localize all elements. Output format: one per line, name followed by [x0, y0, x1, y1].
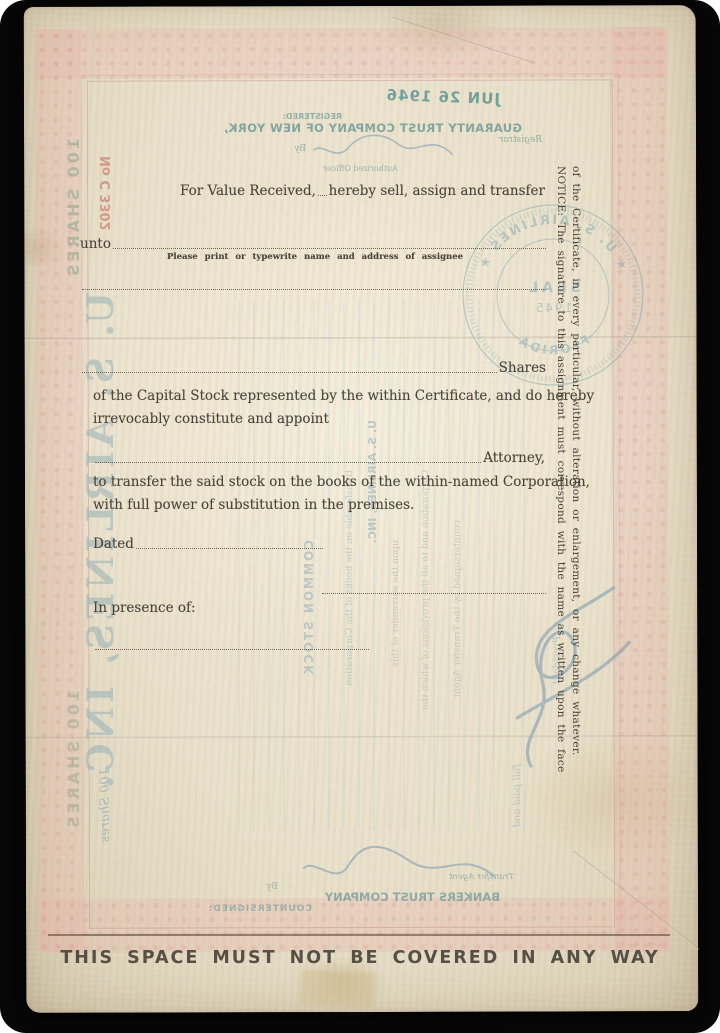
footer-warning: THIS SPACE MUST NOT BE COVERED IN ANY WA… [0, 948, 720, 968]
fill-in-blank [82, 289, 546, 290]
bleed-certificate-number: No C 3302 [99, 156, 117, 226]
bleed-shares-banner-bottom: 100 SHARES [64, 690, 86, 910]
presence-label: In presence of: [93, 600, 196, 616]
witness-blank-line [93, 637, 371, 653]
transfer-agent-company: BANKERS TRUST COMPANY [325, 890, 500, 904]
bleed-company-name-small: U. S. AIRLINES, INC. [366, 420, 382, 570]
bleed-border-top [35, 27, 667, 79]
scanned-certificate-back: JUN 26 1946 REGISTERED: GUARANTY TRUST C… [0, 0, 720, 1033]
bleed-legal-fragment: countersigned by the Transfer Agent [452, 520, 464, 780]
bleed-legal-fragment: transferable on the books of the Corpora… [344, 470, 356, 770]
body-line2: irrevocably constitute and appoint [93, 411, 329, 427]
bleed-shares-script: 100 Shares [98, 768, 120, 858]
share-count-blank [82, 372, 497, 373]
fill-in-blank [322, 593, 546, 594]
authorized-officer-label: Authorized Officer [323, 164, 398, 173]
footer-rule [48, 934, 670, 936]
countersigned-label: COUNTERSIGNED: [208, 904, 312, 914]
date-blank [136, 548, 323, 549]
body-line4: with full power of substitution in the p… [93, 497, 414, 513]
unto-line: unto [80, 236, 548, 252]
value-received-prefix: For Value Received, [180, 183, 316, 199]
notice-line1: NOTICE: The signature to this assignment… [554, 166, 567, 660]
unto-label: unto [80, 236, 111, 252]
bleed-countersign-block: Transfer Agent By BANKERS TRUST COMPANY … [230, 842, 560, 922]
bleed-legal-fragment: Corporation and to all the provisions of… [420, 470, 432, 770]
date-stamp: JUN 26 1946 [385, 86, 500, 108]
value-received-line: For Value Received, hereby sell, assign … [180, 183, 545, 199]
bleed-shares-banner-top: 100 SHARES [64, 138, 86, 383]
notice-line2: of the Certificate, in every particular,… [569, 166, 582, 660]
signature-blank-line [320, 581, 548, 597]
registrar-title: Registrar [499, 135, 542, 145]
shares-line: Shares [80, 360, 546, 376]
assignee-address-blank-line [80, 277, 548, 293]
dated-label: Dated [93, 536, 134, 552]
assignee-name-blank [113, 248, 546, 249]
attorney-label: Attorney, [483, 450, 545, 466]
shares-label: Shares [499, 360, 546, 376]
countersign-by-label: By [266, 882, 278, 892]
dated-line: Dated [93, 536, 325, 552]
fill-in-blank [95, 649, 369, 650]
signature-notice: NOTICE: The signature to this assignment… [554, 166, 584, 660]
body-line3: to transfer the said stock on the books … [93, 474, 590, 490]
registered-label: REGISTERED: [283, 112, 342, 121]
attorney-line: Attorney, [93, 450, 545, 466]
registrar-by-label: By [294, 144, 306, 154]
attorney-name-blank [95, 462, 481, 463]
registrar-signature-scrawl [310, 128, 460, 162]
body-line1: of the Capital Stock represented by the … [93, 388, 594, 404]
assignee-caption: Please print or typewrite name and addre… [150, 252, 480, 262]
transfer-agent-title: Transfer Agent [449, 872, 514, 882]
bleed-registrar-stamp: JUN 26 1946 REGISTERED: GUARANTY TRUST C… [140, 88, 580, 178]
fill-in-blank [318, 195, 327, 196]
tape-stain [300, 970, 374, 1008]
bleed-border-right [613, 27, 669, 951]
value-received-suffix: hereby sell, assign and transfer [329, 183, 545, 199]
bleed-legal-fragment: upon the surrender of this [390, 540, 402, 760]
